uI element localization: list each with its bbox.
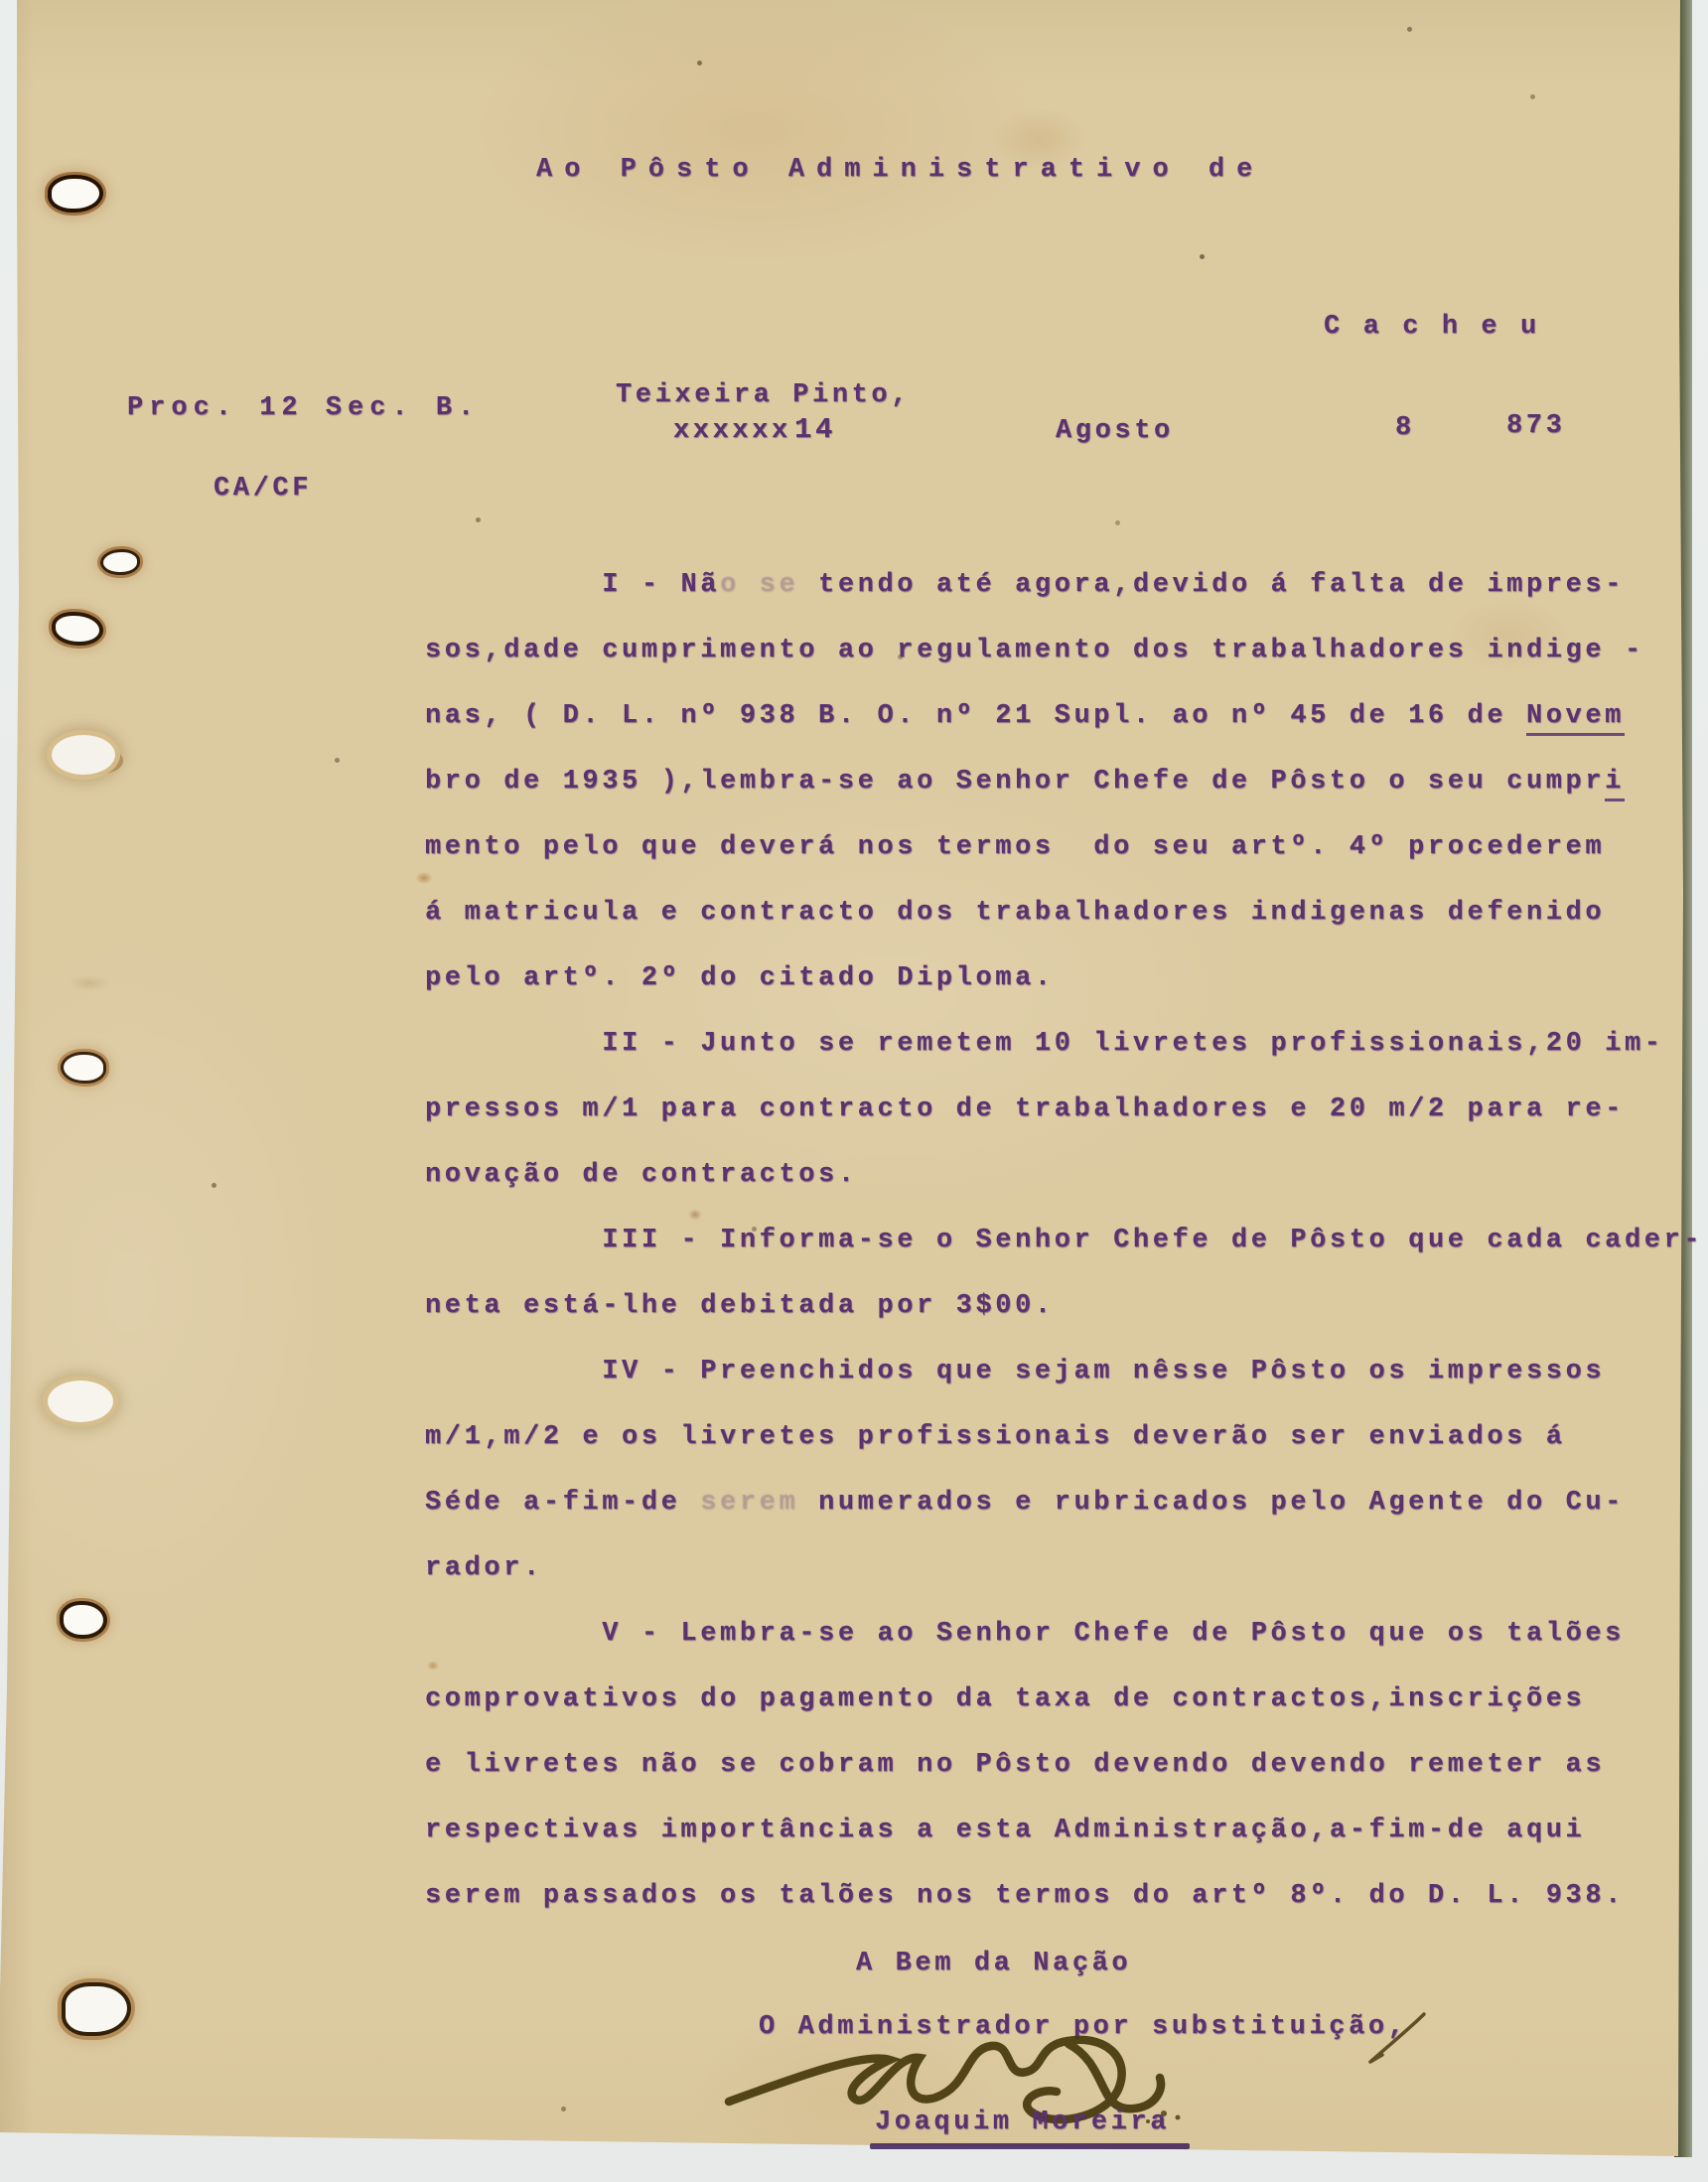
body-segment: á matricula e contracto dos trabalhadore… xyxy=(425,898,1605,928)
worm-hole xyxy=(103,552,137,572)
signer-name: Joaquim Moreira xyxy=(875,2108,1170,2137)
body-segment: e livretes não se cobram no Pôsto devend… xyxy=(425,1750,1605,1780)
body-segment: m/1,m/2 e os livretes profissionais deve… xyxy=(425,1422,1566,1452)
crossed-out-text: xxxxxx xyxy=(673,416,791,446)
body-segment: I - Nã xyxy=(602,570,720,600)
body-line: III - Informa-se o Senhor Chefe de Pôsto… xyxy=(425,1208,1703,1273)
body-line: serem passados os talões nos termos do a… xyxy=(425,1863,1703,1929)
body-segment: sos,dade cumprimento ao regulamento dos … xyxy=(425,636,1644,665)
process-reference: Proc. 12 Sec. B. xyxy=(127,393,480,423)
body-line: novação de contractos. xyxy=(425,1142,1703,1208)
body-segment: respectivas importâncias a esta Administ… xyxy=(425,1816,1585,1845)
date-day: 14 xyxy=(794,413,836,446)
addressee-name: Teixeira Pinto, xyxy=(616,380,911,410)
worm-hole xyxy=(64,1055,103,1081)
body-line: nas, ( D. L. nº 938 B. O. nº 21 Supl. ao… xyxy=(425,683,1703,749)
body-line: bro de 1935 ),lembra-se ao Senhor Chefe … xyxy=(425,749,1703,814)
body-segment: neta está-lhe debitada por 3$00. xyxy=(425,1291,1055,1321)
body-line: sos,dade cumprimento ao regulamento dos … xyxy=(425,618,1703,683)
body-segment: novação de contractos. xyxy=(425,1160,858,1190)
body-segment: III - Informa-se o Senhor Chefe de Pôsto… xyxy=(602,1226,1703,1255)
body-line: respectivas importâncias a esta Administ… xyxy=(425,1798,1703,1863)
clerk-initials: CA/CF xyxy=(213,474,312,504)
body-line: comprovativos do pagamento da taxa de co… xyxy=(425,1667,1703,1732)
body-line: á matricula e contracto dos trabalhadore… xyxy=(425,880,1703,946)
body-segment: Séde a-fim-de xyxy=(425,1488,700,1518)
scanned-letter-page: Ao Pôsto Administrativo de C a c h e u P… xyxy=(0,0,1708,2182)
worm-hole xyxy=(56,616,99,642)
body-segment: numerados e rubricados pelo Agente do Cu… xyxy=(798,1488,1625,1518)
paper-specks xyxy=(0,0,3,3)
body-line: Séde a-fim-de serem numerados e rubricad… xyxy=(425,1470,1703,1535)
body-segment: tendo até agora,devido á falta de impres… xyxy=(798,570,1625,600)
worm-hole xyxy=(64,1605,103,1635)
worm-hole xyxy=(52,735,115,775)
hour-value: 8 xyxy=(1395,413,1415,443)
body-line: IV - Preenchidos que sejam nêsse Pôsto o… xyxy=(425,1339,1703,1404)
body-segment: Novem xyxy=(1526,701,1625,736)
body-segment: bro de 1935 ),lembra-se ao Senhor Chefe … xyxy=(425,767,1605,797)
body-line: rador. xyxy=(425,1535,1703,1601)
body-line: e livretes não se cobram no Pôsto devend… xyxy=(425,1732,1703,1798)
body-segment: comprovativos do pagamento da taxa de co… xyxy=(425,1684,1585,1714)
body-segment: V - Lembra-se ao Senhor Chefe de Pôsto q… xyxy=(602,1619,1625,1649)
body-segment: mento pelo que deverá nos termos do seu … xyxy=(425,832,1605,862)
letter-header: Ao Pôsto Administrativo de xyxy=(536,155,1264,185)
body-segment: IV - Preenchidos que sejam nêsse Pôsto o… xyxy=(602,1357,1605,1386)
body-line: V - Lembra-se ao Senhor Chefe de Pôsto q… xyxy=(425,1601,1703,1667)
place-name: C a c h e u xyxy=(1324,312,1540,342)
body-segment: i xyxy=(1605,767,1625,801)
body-segment: II - Junto se remetem 10 livretes profis… xyxy=(602,1029,1663,1059)
pen-stroke-mark xyxy=(1362,2008,1432,2068)
closing-motto: A Bem da Nação xyxy=(856,1949,1131,1978)
date-month: Agosto xyxy=(1056,416,1174,446)
worm-hole xyxy=(48,1381,113,1422)
body-line: mento pelo que deverá nos termos do seu … xyxy=(425,814,1703,880)
body-line: neta está-lhe debitada por 3$00. xyxy=(425,1273,1703,1339)
body-segment: pelo artº. 2º do citado Diploma. xyxy=(425,963,1055,993)
body-line: I - Não se tendo até agora,devido á falt… xyxy=(425,552,1703,618)
body-line: pressos m/1 para contracto de trabalhado… xyxy=(425,1077,1703,1142)
body-text: I - Não se tendo até agora,devido á falt… xyxy=(425,552,1703,1929)
body-segment: pressos m/1 para contracto de trabalhado… xyxy=(425,1094,1625,1124)
body-line: II - Junto se remetem 10 livretes profis… xyxy=(425,1011,1703,1077)
document-number: 873 xyxy=(1506,411,1565,441)
body-segment: nas, ( D. L. nº 938 B. O. nº 21 Supl. ao… xyxy=(425,701,1526,731)
body-segment: serem passados os talões nos termos do a… xyxy=(425,1881,1625,1911)
body-line: m/1,m/2 e os livretes profissionais deve… xyxy=(425,1404,1703,1470)
body-line: pelo artº. 2º do citado Diploma. xyxy=(425,946,1703,1011)
signature-underline xyxy=(870,2143,1190,2149)
body-segment: rador. xyxy=(425,1553,543,1583)
body-segment: o se xyxy=(720,570,798,600)
body-segment: serem xyxy=(700,1488,798,1518)
